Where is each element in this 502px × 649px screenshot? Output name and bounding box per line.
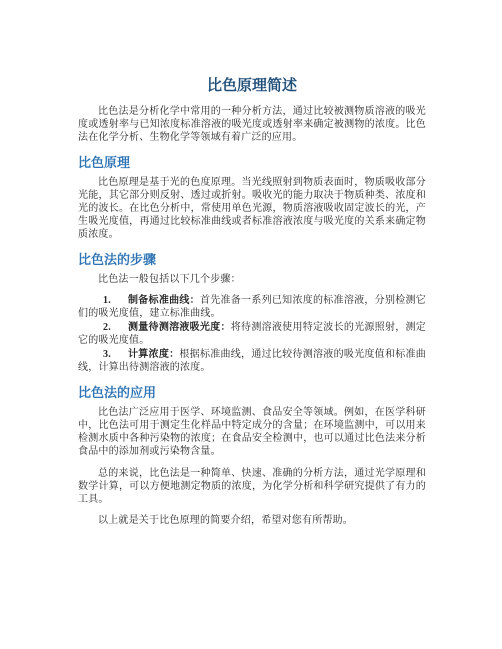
step-item-2: 2.测量待测溶液吸光度：将待测溶液使用特定波长的光源照射，测定它的吸光度值。 [78, 321, 426, 347]
intro-paragraph: 比色法是分析化学中常用的一种分析方法，通过比较被测物质溶液的吸光度或透射率与已知… [78, 105, 426, 144]
steps-lead-paragraph: 比色法一般包括以下几个步骤： [78, 273, 426, 286]
section-heading-application: 比色法的应用 [78, 384, 426, 401]
step-item-3: 3.计算浓度：根据标准曲线，通过比较待测溶液的吸光度值和标准曲线，计算出待测溶液… [78, 348, 426, 374]
closing-paragraph: 以上就是关于比色原理的简要介绍，希望对您有所帮助。 [78, 514, 426, 527]
step-item-1: 1.制备标准曲线：首先准备一系列已知浓度的标准溶液，分别检测它们的吸光度值，建立… [78, 294, 426, 320]
section-heading-principle: 比色原理 [78, 154, 426, 171]
step-term: 测量待测溶液吸光度： [128, 322, 231, 333]
step-number: 1. [103, 295, 111, 306]
step-term: 计算浓度： [128, 349, 179, 360]
summary-paragraph: 总的来说，比色法是一种简单、快速、准确的分析方法，通过光学原理和数学计算，可以方… [78, 467, 426, 506]
step-number: 3. [103, 349, 111, 360]
page-title: 比色原理简述 [78, 76, 426, 96]
application-paragraph: 比色法广泛应用于医学、环境监测、食品安全等领域。例如，在医学科研中，比色法可用于… [78, 406, 426, 458]
step-number: 2. [103, 322, 111, 333]
principle-paragraph: 比色原理是基于光的色度原理。当光线照射到物质表面时，物质吸收部分光能，其它部分则… [78, 176, 426, 241]
section-heading-steps: 比色法的步骤 [78, 251, 426, 268]
document-page: 比色原理简述 比色法是分析化学中常用的一种分析方法，通过比较被测物质溶液的吸光度… [0, 0, 502, 649]
steps-list: 1.制备标准曲线：首先准备一系列已知浓度的标准溶液，分别检测它们的吸光度值，建立… [78, 294, 426, 374]
step-term: 制备标准曲线： [128, 295, 200, 306]
